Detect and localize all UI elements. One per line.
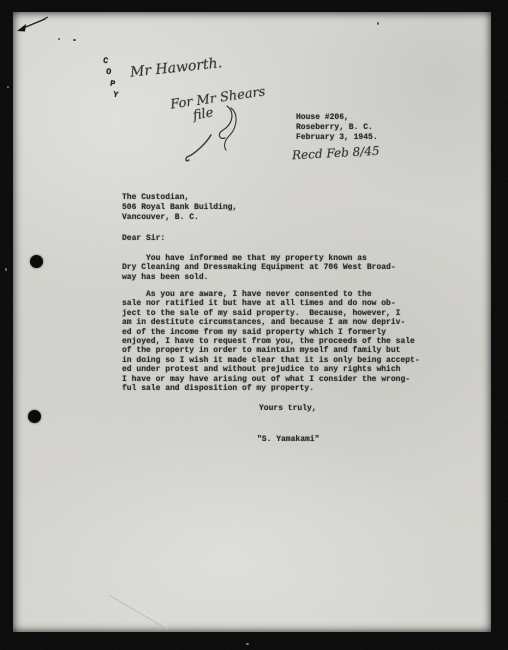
ink-speck	[58, 38, 60, 40]
salutation: Dear Sir:	[122, 234, 165, 243]
typed-signature: "S. Yamakami"	[257, 435, 319, 444]
dust-speck	[5, 268, 7, 271]
sender-address-block: House #206, Roseberry, B. C. February 3,…	[296, 113, 378, 143]
hole-punch-bottom	[28, 410, 41, 423]
pen-arrow-mark	[15, 14, 59, 40]
dust-speck	[7, 86, 9, 88]
recipient-address-block: The Custodian, 506 Royal Bank Building, …	[122, 193, 237, 223]
closing-line: Yours truly,	[259, 404, 317, 413]
body-paragraph-2: As you are aware, I have never consented…	[122, 290, 420, 393]
letter-paper: C O P Y Mr Haworth. For Mr Shears file H…	[13, 12, 491, 632]
scanned-letter-page: { "document": { "copy_stamp": { "text": …	[0, 0, 508, 650]
hole-punch-top	[30, 255, 43, 268]
ink-speck	[377, 22, 379, 25]
body-paragraph-1: You have informed me that my property kn…	[122, 254, 396, 282]
handwritten-flourish-stroke	[183, 127, 233, 167]
ink-speck	[73, 39, 76, 41]
paper-crease	[103, 577, 203, 637]
dust-speck	[246, 643, 249, 645]
